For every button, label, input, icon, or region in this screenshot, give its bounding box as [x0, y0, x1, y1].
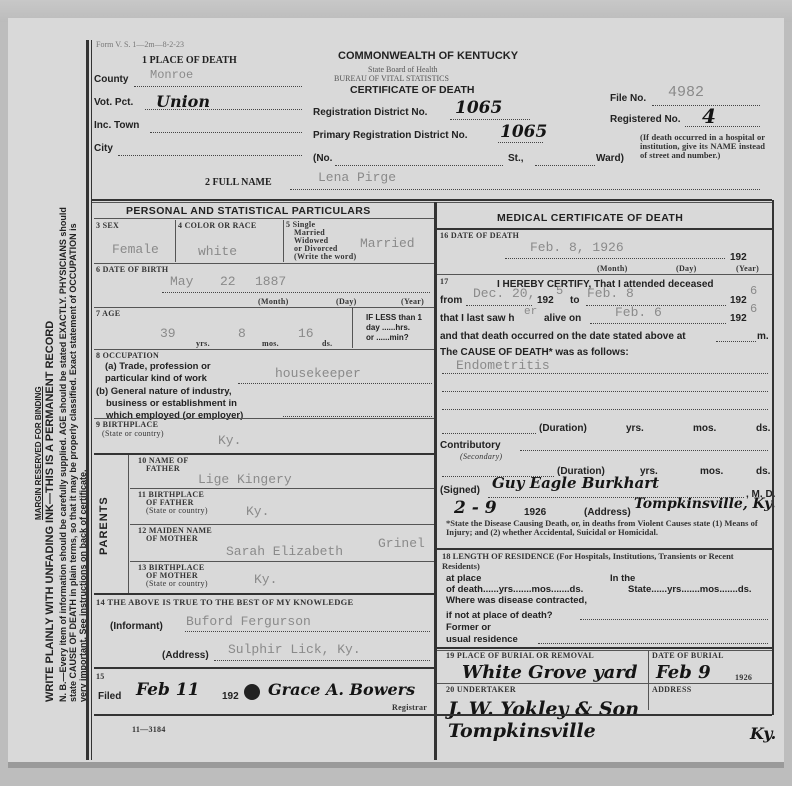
- street-no-line: [335, 165, 503, 166]
- mother-value: Sarah Elizabeth: [226, 544, 343, 559]
- age-years: 39: [160, 326, 176, 341]
- attended-to-label: to: [570, 295, 579, 306]
- occurred-time-line: [716, 341, 756, 342]
- personal-heading: PERSONAL AND STATISTICAL PARTICULARS: [126, 205, 371, 217]
- hospital-note: (If death occurred in a hospital or inst…: [640, 133, 765, 160]
- parents-side-label: PARENTS: [98, 496, 110, 555]
- usual-residence-label: usual residence: [446, 634, 518, 645]
- informant-label: (Informant): [110, 621, 163, 632]
- occupation-a-line2: particular kind of work: [105, 373, 211, 385]
- cause-line-2: [442, 391, 768, 392]
- of-death-label: of death......yrs.......mos.......ds.: [446, 584, 583, 595]
- age-days: 16: [298, 326, 314, 341]
- margin-instruction-line2: N. B.—Every item of information should b…: [58, 207, 68, 702]
- informant-address-label: (Address): [162, 650, 209, 661]
- alive-on-label: alive on: [544, 313, 581, 324]
- age-mos-caption: mos.: [262, 339, 279, 348]
- signed-date: 2 - 9: [454, 498, 497, 518]
- burial-place-label: 19 PLACE OF BURIAL OR REMOVAL: [446, 651, 594, 660]
- informant-value: Buford Fergurson: [186, 614, 311, 629]
- dob-year-caption: (Year): [401, 297, 424, 306]
- in-the-label: In the: [610, 573, 635, 584]
- mother-label-2: OF MOTHER: [138, 535, 212, 543]
- medical-heading: MEDICAL CERTIFICATE OF DEATH: [497, 212, 683, 224]
- bureau-name: BUREAU OF VITAL STATISTICS: [334, 74, 449, 83]
- dob-day: 22: [220, 274, 236, 289]
- attended-to-value: Feb. 8: [587, 286, 634, 301]
- mother-label: 12 MAIDEN NAME OF MOTHER: [138, 527, 212, 543]
- cell-divider: [352, 308, 353, 348]
- race-value: white: [198, 244, 237, 259]
- state-label: State......yrs.......mos.......ds.: [628, 584, 752, 595]
- last-saw-label: that I last saw h: [440, 313, 514, 324]
- duration-ds-label: ds.: [756, 423, 770, 434]
- state-title: COMMONWEALTH OF KENTUCKY: [338, 50, 518, 62]
- signed-year: 1926: [524, 507, 546, 518]
- to-year-prefix: 192: [730, 295, 747, 306]
- informant-address-line: [214, 660, 430, 661]
- city-label: City: [94, 143, 113, 154]
- file-no-value: 4982: [668, 84, 704, 101]
- contributory-ds-label: ds.: [756, 466, 770, 477]
- occurred-text: and that death occurred on the date stat…: [440, 331, 686, 342]
- occurred-m-label: m.: [757, 331, 769, 342]
- rule: [94, 714, 434, 716]
- registered-no-label: Registered No.: [610, 114, 681, 125]
- dob-day-caption: (Day): [336, 297, 357, 306]
- death-month-caption: (Month): [597, 264, 628, 273]
- attended-from-line: [466, 305, 532, 306]
- ward-label: Ward): [596, 153, 624, 164]
- marital-label-5: (Write the word): [286, 253, 356, 261]
- occupation-b-line1: (b) General nature of industry,: [96, 386, 243, 398]
- parents-divider: [128, 455, 129, 593]
- cell-divider: [283, 220, 284, 262]
- rule: [94, 453, 434, 455]
- father-label-2: FATHER: [138, 465, 189, 473]
- mother-birthplace-value: Ky.: [254, 572, 277, 587]
- residence-heading: 18 LENGTH OF RESIDENCE (For Hospitals, I…: [442, 551, 768, 571]
- primary-reg-label: Primary Registration District No.: [313, 130, 467, 141]
- occupation-b-line: [283, 416, 432, 417]
- burial-date-value: Feb 9: [656, 662, 711, 683]
- filed-year-prefix: 192: [222, 691, 239, 702]
- filed-number: 15: [96, 672, 105, 681]
- marital-label: 5 Single Married Widowed or Divorced (Wr…: [286, 221, 356, 261]
- street-line: [535, 165, 595, 166]
- right-border: [772, 200, 774, 715]
- duration-mos-label: mos.: [693, 423, 716, 434]
- left-border: [86, 40, 89, 760]
- board-name: State Board of Health: [368, 65, 438, 74]
- alive-year-prefix: 192: [730, 313, 747, 324]
- bottom-shadow: [8, 762, 784, 768]
- registered-no-value: 4: [702, 104, 716, 128]
- birthplace-label: 9 BIRTHPLACE: [96, 420, 158, 429]
- birthplace-value: Ky.: [218, 433, 241, 448]
- occupation-a-label: (a) Trade, profession or particular kind…: [105, 361, 211, 385]
- rule: [437, 548, 772, 550]
- rule: [94, 349, 434, 350]
- day-hrs-label: day ......hrs.: [366, 323, 422, 333]
- burial-date-year: 1926: [735, 673, 752, 682]
- cause-footnote: *State the Disease Causing Death, or, in…: [446, 519, 768, 537]
- to-year-digit: 6: [750, 284, 757, 298]
- cause-label: The CAUSE OF DEATH* was as follows:: [440, 347, 629, 358]
- filed-date-value: Feb 11: [136, 680, 199, 700]
- dob-year: 1887: [255, 274, 286, 289]
- section-rule-inner: [92, 202, 772, 203]
- rule: [437, 714, 772, 716]
- sex-value: Female: [112, 242, 159, 257]
- cause-line-1: [442, 373, 768, 374]
- last-saw-pronoun: er: [524, 306, 537, 318]
- rule: [94, 593, 434, 595]
- occupation-b-line2: business or establishment in: [96, 398, 243, 410]
- at-place-label: at place: [446, 573, 481, 584]
- informant-line: [185, 631, 430, 632]
- county-label: County: [94, 74, 128, 85]
- burial-place-value: White Grove yard: [462, 662, 637, 683]
- filed-label: Filed: [98, 691, 121, 702]
- ink-blot: [244, 684, 260, 700]
- full-name-value: Lena Pirge: [318, 170, 396, 185]
- rule: [437, 228, 772, 230]
- rule: [437, 683, 772, 684]
- secondary-label: (Secondary): [460, 452, 502, 461]
- county-line: [134, 86, 302, 87]
- contributory-line: [520, 450, 768, 451]
- date-of-death-year-prefix: 192: [730, 252, 747, 263]
- contributory-label: Contributory: [440, 440, 501, 451]
- less-than-day: IF LESS than 1 day ......hrs. or ......m…: [366, 313, 422, 343]
- margin-binding-note: MARGIN RESERVED FOR BINDING: [34, 386, 43, 520]
- undertaker-address-label: ADDRESS: [652, 685, 691, 694]
- street-label: St.,: [508, 153, 524, 164]
- full-name-line: [290, 189, 760, 190]
- column-divider: [434, 202, 437, 760]
- physician-address-value: Tompkinsville, Ky.: [634, 496, 776, 512]
- footer-code: 11—3184: [132, 725, 166, 734]
- attended-from-value: Dec. 20,: [473, 286, 535, 301]
- rule: [94, 418, 434, 419]
- rule: [437, 647, 772, 649]
- county-value: Monroe: [150, 68, 193, 82]
- form-number: Form V. S. 1—2m—8-2-23: [96, 40, 184, 49]
- signed-label: (Signed): [440, 485, 480, 496]
- birthplace-sub: (State or country): [102, 429, 164, 438]
- rule: [130, 561, 434, 562]
- informant-address-value: Sulphir Lick, Ky.: [228, 642, 361, 657]
- cause-line-3: [442, 409, 768, 410]
- burial-date-label: DATE OF BURIAL: [652, 651, 724, 660]
- alive-on-value: Feb. 6: [615, 305, 662, 320]
- from-year-digit: 5: [556, 284, 563, 298]
- age-yrs-caption: yrs.: [196, 339, 210, 348]
- occupation-a-value: housekeeper: [275, 366, 361, 381]
- reg-district-value: 1065: [455, 98, 502, 118]
- age-ds-caption: ds.: [322, 339, 332, 348]
- date-of-death-value: Feb. 8, 1926: [530, 240, 624, 255]
- age-months: 8: [238, 326, 246, 341]
- inc-town-line: [150, 132, 302, 133]
- alive-on-line: [590, 323, 726, 324]
- father-birthplace-value: Ky.: [246, 504, 269, 519]
- attended-from-label: from: [440, 295, 462, 306]
- alive-year-digit: 6: [750, 302, 757, 316]
- father-label: 10 NAME OF FATHER: [138, 457, 189, 473]
- vot-pct-value: Union: [156, 92, 210, 111]
- duration-label: (Duration): [539, 423, 587, 434]
- undertaker-value-state: Ky.: [750, 724, 776, 743]
- age-label: 7 AGE: [96, 309, 120, 318]
- contracted-label: Where was disease contracted,: [446, 595, 587, 606]
- former-label: Former or: [446, 622, 491, 633]
- occupation-a-line: [238, 383, 432, 384]
- dob-line: [162, 292, 430, 293]
- rule: [94, 667, 434, 669]
- physician-address-label: (Address): [584, 507, 631, 518]
- rule: [130, 488, 434, 489]
- margin-instruction-line3: state CAUSE OF DEATH in plain terms, so …: [68, 223, 78, 702]
- from-year-prefix: 192: [537, 295, 554, 306]
- registrar-label: Registrar: [392, 703, 427, 712]
- undertaker-value: J. W. Yokley & Son Tompkinsville: [448, 698, 792, 742]
- undertaker-label: 20 UNDERTAKER: [446, 685, 516, 694]
- registered-no-line: [685, 126, 760, 127]
- occupation-a-line1: (a) Trade, profession or: [105, 361, 211, 373]
- usual-residence-line: [538, 643, 768, 644]
- mother-value-extra: Grinel: [378, 536, 425, 551]
- dob-label: 6 DATE OF BIRTH: [96, 265, 168, 274]
- cell-divider: [175, 220, 176, 262]
- item-17-number: 17: [440, 277, 449, 286]
- date-of-death-label: 16 DATE OF DEATH: [440, 231, 519, 240]
- dob-month-caption: (Month): [258, 297, 289, 306]
- section-rule: [92, 199, 772, 201]
- reg-district-line: [450, 119, 530, 120]
- primary-reg-value: 1065: [500, 122, 547, 142]
- race-label: 4 COLOR OR RACE: [178, 221, 257, 230]
- not-at-place-line: [580, 619, 768, 620]
- vot-pct-label: Vot. Pct.: [94, 97, 133, 108]
- dob-month: May: [170, 274, 193, 289]
- duration-line: [442, 433, 536, 434]
- rule: [94, 263, 434, 264]
- rule: [94, 307, 434, 308]
- file-no-label: File No.: [610, 93, 646, 104]
- place-of-death-heading: 1 PLACE OF DEATH: [142, 55, 237, 66]
- physician-signature: Guy Eagle Burkhart: [492, 474, 659, 492]
- mother-birthplace-label: 13 BIRTHPLACE OF MOTHER (State or countr…: [138, 564, 208, 588]
- marital-value: Married: [360, 236, 415, 251]
- left-border-inner: [91, 40, 92, 760]
- occupation-label: 8 OCCUPATION: [96, 351, 159, 360]
- death-day-caption: (Day): [676, 264, 697, 273]
- occupation-b-label: (b) General nature of industry, business…: [96, 386, 243, 422]
- registrar-signature: Grace A. Bowers: [268, 680, 415, 699]
- father-birthplace-label-3: (State or country): [138, 507, 208, 515]
- primary-reg-line: [498, 142, 543, 143]
- informant-heading: 14 THE ABOVE IS TRUE TO THE BEST OF MY K…: [96, 597, 354, 607]
- mother-birthplace-label-3: (State or country): [138, 580, 208, 588]
- or-min-label: or ......min?: [366, 333, 422, 343]
- street-no-label: (No.: [313, 153, 332, 164]
- sex-label: 3 SEX: [96, 221, 119, 230]
- less-than-label: IF LESS than 1: [366, 313, 422, 323]
- not-at-place-label: if not at place of death?: [446, 610, 553, 621]
- margin-instruction-line1: WRITE PLAINLY WITH UNFADING INK—THIS IS …: [44, 321, 56, 702]
- father-value: Lige Kingery: [198, 472, 292, 487]
- rule: [437, 274, 772, 275]
- reg-district-label: Registration District No.: [313, 107, 427, 118]
- death-year-caption: (Year): [736, 264, 759, 273]
- father-birthplace-label: 11 BIRTHPLACE OF FATHER (State or countr…: [138, 491, 208, 515]
- contributory-mos-label: mos.: [700, 466, 723, 477]
- certificate-title: CERTIFICATE OF DEATH: [350, 84, 474, 96]
- duration-yrs-label: yrs.: [626, 423, 644, 434]
- full-name-label: 2 FULL NAME: [205, 177, 272, 188]
- inc-town-label: Inc. Town: [94, 120, 139, 131]
- city-line: [118, 155, 302, 156]
- date-of-death-line: [505, 258, 725, 259]
- cause-value: Endometritis: [456, 358, 550, 373]
- rule: [94, 218, 434, 219]
- rule: [130, 524, 434, 525]
